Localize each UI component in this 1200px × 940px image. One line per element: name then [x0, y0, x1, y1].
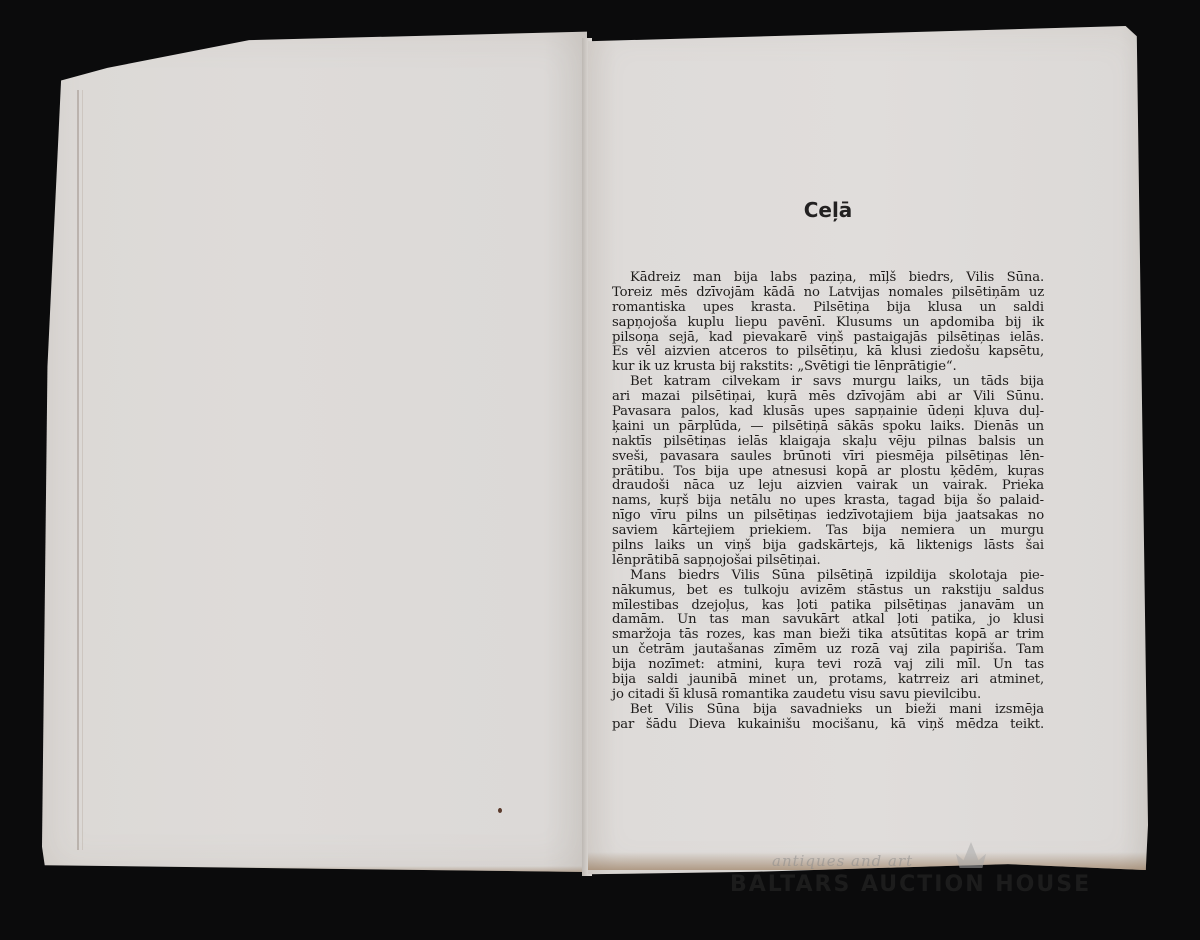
right-page: Ceļā Kādreiz man bija labs paziņa, mīļš …: [588, 26, 1148, 876]
text-line: nākumus, bet es tulkoju avizēm stāstus u…: [612, 584, 1044, 599]
text-line: mīlestibas dzejoļus, kas ļoti patika pil…: [612, 599, 1044, 614]
paper-spot: [498, 808, 502, 813]
text-line: Es vēl aizvien atceros to pilsētiņu, kā …: [612, 345, 1044, 360]
text-line: bija nozīmet: atmini, kuŗa tevi rozā vaj…: [612, 658, 1044, 673]
text-line: ari mazai pilsētiņai, kuŗā mēs dzīvojām …: [612, 390, 1044, 405]
text-line: jo citadi šī klusā romantika zaudetu vis…: [612, 688, 1044, 703]
text-line: nams, kuŗš bija netālu no upes krasta, t…: [612, 494, 1044, 509]
text-line: naktīs pilsētiņas ielās klaigaja skaļu v…: [612, 435, 1044, 450]
text-line: bija saldi jaunibā minet un, protams, ka…: [612, 673, 1044, 688]
text-line: damām. Un tas man savukārt atkal ļoti pa…: [612, 613, 1044, 628]
page-edge-stain: [42, 866, 587, 872]
text-line: Pavasara palos, kad klusās upes sapņaini…: [612, 405, 1044, 420]
page-edge-stain: [588, 852, 1148, 870]
text-line: lēnprātibā sapņojošai pilsētiņai.: [612, 554, 1044, 569]
left-page-blank: [42, 30, 587, 872]
text-line: nīgo vīru pilns un pilsētiņas iedzīvotaj…: [612, 509, 1044, 524]
text-line: prātibu. Tos bija upe atnesusi kopā ar p…: [612, 465, 1044, 480]
text-line: kur ik uz krusta bij rakstits: „Svētigi …: [612, 360, 1044, 375]
text-line: sapņojoša kuplu liepu pavēnī. Klusums un…: [612, 316, 1044, 331]
text-line: par šādu Dieva kukainišu mocišanu, kā vi…: [612, 718, 1044, 733]
chapter-title: Ceļā: [612, 198, 1044, 222]
text-line: draudoši nāca uz leju aizvien vairak un …: [612, 479, 1044, 494]
text-line: un četrām jautašanas zīmēm uz rozā vaj z…: [612, 643, 1044, 658]
text-line: saviem kārtejiem priekiem. Tas bija nemi…: [612, 524, 1044, 539]
text-line: ķaini un pārplūda, — pilsētiņā sākās spo…: [612, 420, 1044, 435]
text-line: Kādreiz man bija labs paziņa, mīļš biedr…: [612, 271, 1044, 286]
text-line: pilns laiks un viņš bija gadskārtejs, kā…: [612, 539, 1044, 554]
body-text: Kādreiz man bija labs paziņa, mīļš biedr…: [612, 271, 1044, 733]
page-number: 5: [616, 930, 625, 940]
page-fold-line-inner: [82, 90, 83, 850]
page-fold-line: [77, 90, 79, 850]
open-book: Ceļā Kādreiz man bija labs paziņa, mīļš …: [0, 0, 1200, 940]
text-line: romantiska upes krasta. Pilsētiņa bija k…: [612, 301, 1044, 316]
text-line: Toreiz mēs dzīvojām kādā no Latvijas nom…: [612, 286, 1044, 301]
text-line: smaržoja tās rozes, kas man bieži tika a…: [612, 628, 1044, 643]
text-line: pilsoņa sejā, kad pievakarē viņš pastaig…: [612, 331, 1044, 346]
text-line: Bet Vilis Sūna bija savadnieks un bieži …: [612, 703, 1044, 718]
text-line: Mans biedrs Vilis Sūna pilsētiņā izpildi…: [612, 569, 1044, 584]
text-line: Bet katram cilvekam ir savs murgu laiks,…: [612, 375, 1044, 390]
watermark-brand: BALTARS AUCTION HOUSE: [730, 872, 1091, 897]
text-line: sveši, pavasara saules brūnoti vīri pies…: [612, 450, 1044, 465]
